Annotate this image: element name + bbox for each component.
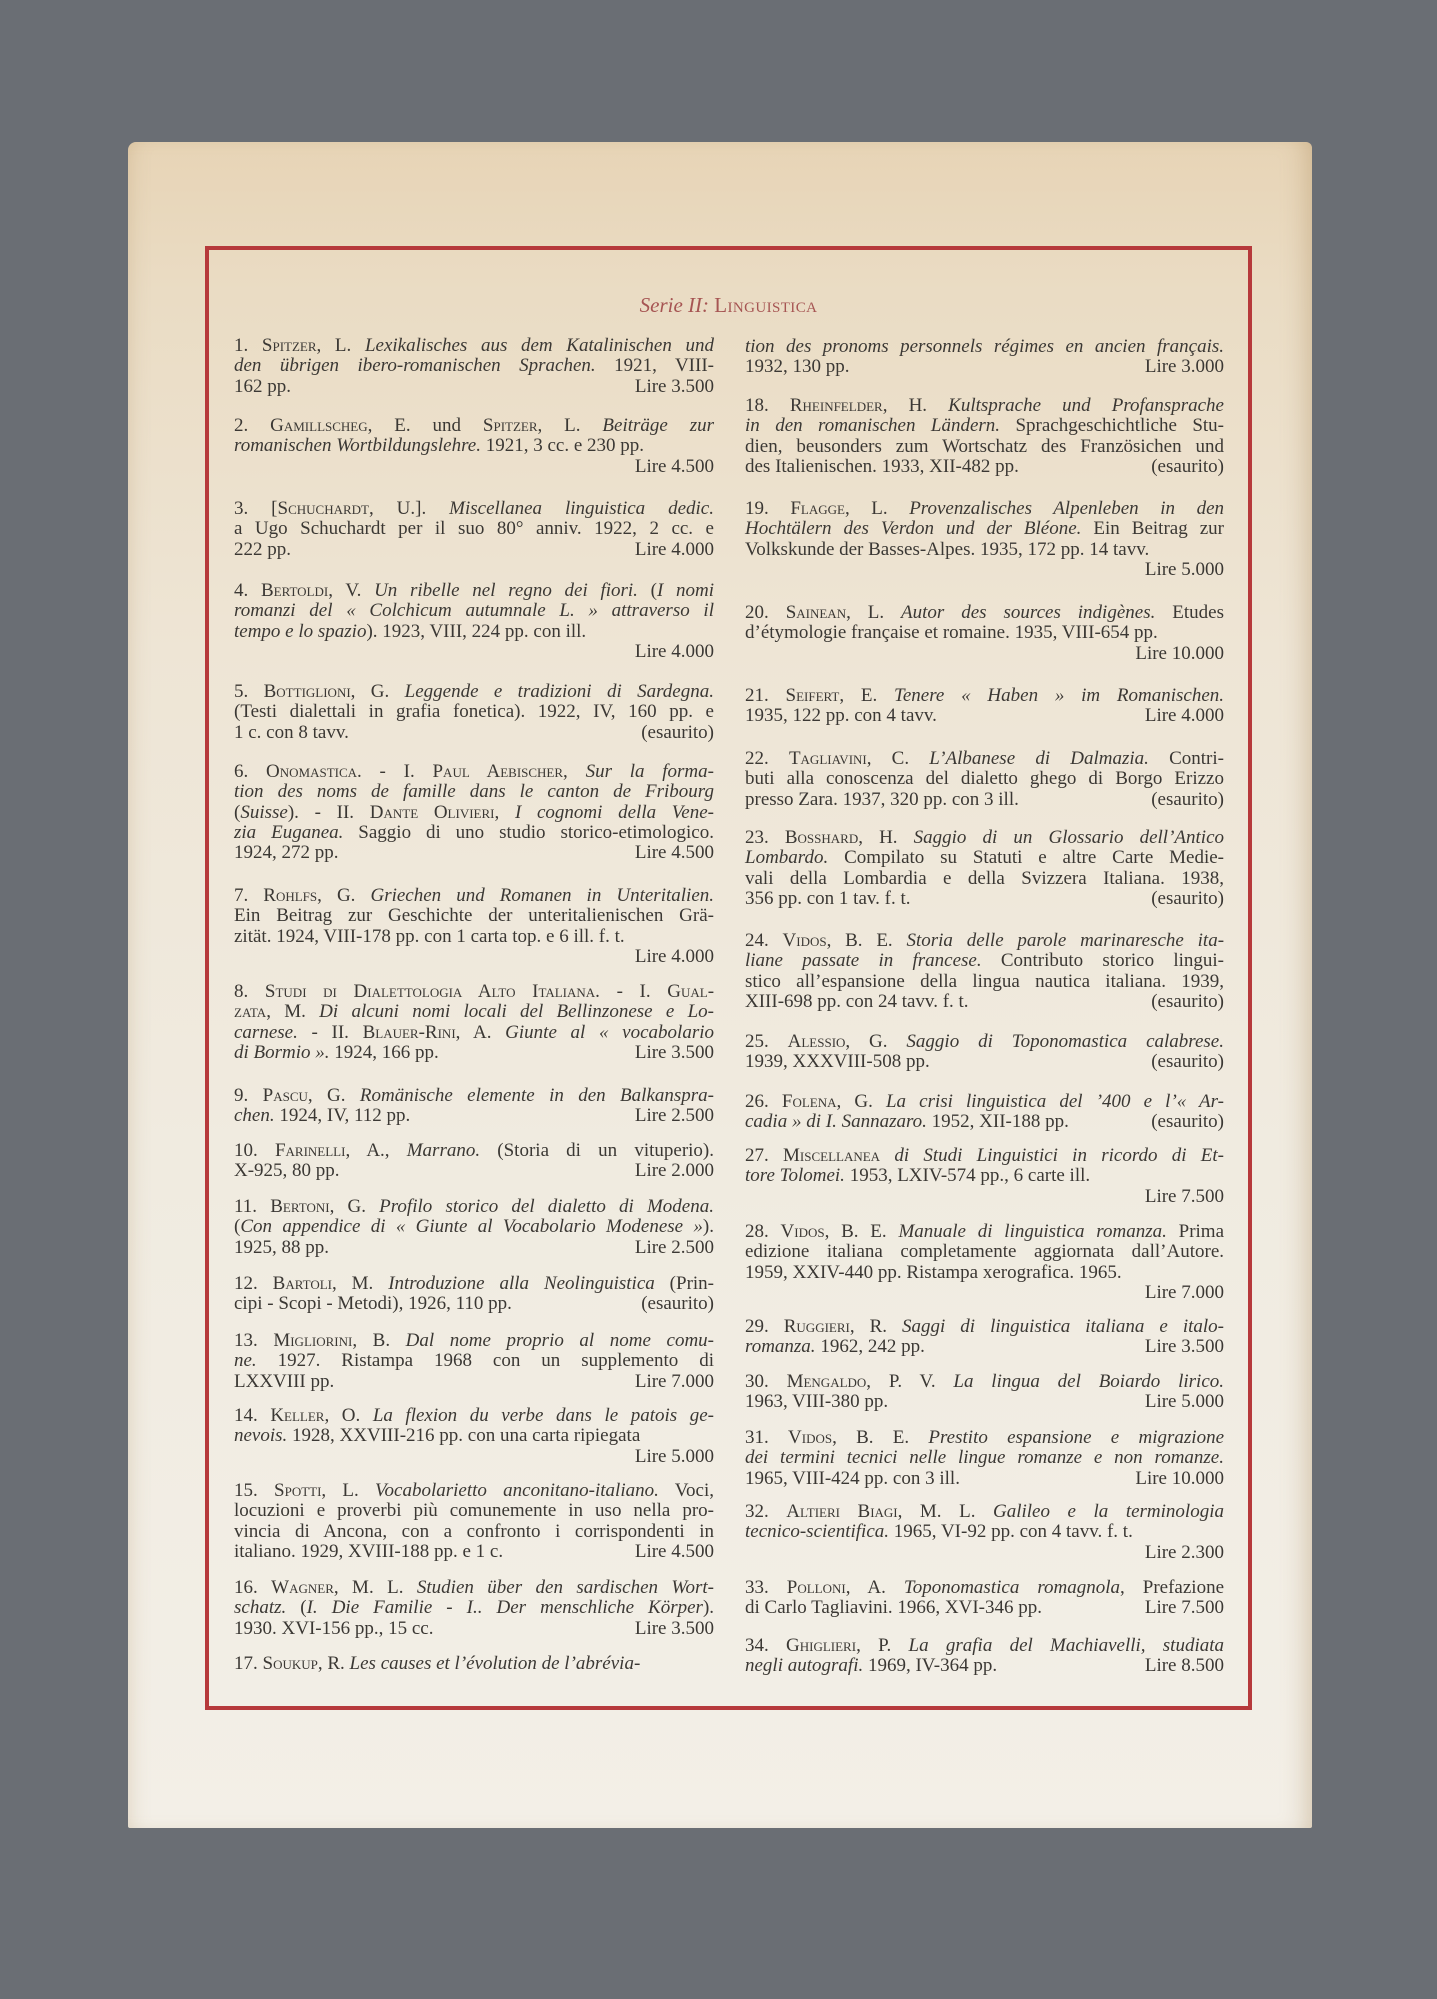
entry-line: edizione italiana completamente aggiorna… <box>745 1242 1224 1262</box>
entry-text-run: presso Zara. 1937, 320 pp. con 3 ill. <box>745 789 1019 810</box>
entry-text-run: a Ugo Schuchardt per il suo 80° anniv. 1… <box>234 518 714 539</box>
catalog-entry: 13. Migliorini, B. Dal nome proprio al n… <box>234 1331 714 1392</box>
entry-line: romanischen Wortbildungslehre. 1921, 3 c… <box>234 436 714 456</box>
entry-text-run: Polloni <box>787 1577 846 1598</box>
entry-text-run: Bottiglioni <box>264 681 351 702</box>
entry-text-run: Con appendice di « Giunte al Vocabolario… <box>240 1216 703 1237</box>
entry-text-run: , B. <box>352 1330 405 1351</box>
entry-text-run: vali della Lombardia e della Svizzera It… <box>745 868 1224 889</box>
entry-text-run: Migliorini <box>273 1330 352 1351</box>
entry-line: XIII-698 pp. con 24 tavv. f. t.(esaurito… <box>745 992 1224 1012</box>
entry-text-run: Gual- <box>667 981 714 1002</box>
entry-text-run: 6. <box>234 761 266 782</box>
entry-text-run: 17. <box>234 1653 263 1674</box>
entry-text-run: , M. L. <box>334 1577 417 1598</box>
entry-text-run: Spitzer <box>483 415 538 436</box>
entry-text-run: 3. [ <box>234 498 278 519</box>
entry-line: di Carlo Tagliavini. 1966, XVI-346 pp.Li… <box>745 1598 1224 1618</box>
entry-text-run: ( <box>638 580 657 601</box>
entry-text-run: 27. <box>745 1145 783 1166</box>
entry-text-run: Studi di Dialettologia Alto Italiana <box>265 981 595 1002</box>
entry-line: ne. 1927. Ristampa 1968 con un supplemen… <box>234 1351 714 1371</box>
entry-text-run: romanza. <box>745 1336 816 1357</box>
entry-text-run: ). <box>703 1597 714 1618</box>
entry-text-run: Vidos <box>788 1427 832 1448</box>
entry-price: Lire 7.000 <box>745 1283 1224 1303</box>
entry-line: zität. 1924, VIII-178 pp. con 1 carta to… <box>234 927 714 947</box>
entry-price: Lire 4.000 <box>234 947 714 967</box>
entry-line: 28. Vidos, B. E. Manuale di linguistica … <box>745 1222 1224 1242</box>
entry-text-run: 1928, XXVIII-216 pp. con una carta ripie… <box>287 1425 640 1446</box>
entry-text-run: Bosshard <box>785 827 858 848</box>
entry-price: Lire 7.000 <box>635 1372 714 1392</box>
entry-line: 1930. XVI-156 pp., 15 cc.Lire 3.500 <box>234 1619 714 1639</box>
entry-text-run: 19. <box>745 498 790 519</box>
entry-text-run: Alessio <box>788 1031 846 1052</box>
entry-text-run: tempo e lo spazio <box>234 621 366 642</box>
entry-line: italiano. 1929, XVIII-188 pp. e 1 c.Lire… <box>234 1542 714 1562</box>
entry-line: schatz. (I. Die Familie - I.. Der mensch… <box>234 1598 714 1618</box>
entry-line: d’étymologie française et romaine. 1935,… <box>745 623 1224 643</box>
entry-line: romanza. 1962, 242 pp.Lire 3.500 <box>745 1337 1224 1357</box>
entry-text-run: Sprachgeschichtliche Stu- <box>1000 415 1224 436</box>
entry-line: a Ugo Schuchardt per il suo 80° anniv. 1… <box>234 519 714 539</box>
entry-text-run: 4. <box>234 580 261 601</box>
entry-text-run: Folena <box>782 1091 837 1112</box>
entry-text-run: , M. <box>266 1001 319 1022</box>
entry-line: tion des pronoms personnels régimes en a… <box>745 337 1224 357</box>
entry-line: di Bormio ». 1924, 166 pp.Lire 3.500 <box>234 1043 714 1063</box>
catalog-entry: 6. Onomastica. - I. Paul Aebischer, Sur … <box>234 762 714 863</box>
catalog-entry: 16. Wagner, M. L. Studien über den sardi… <box>234 1578 714 1639</box>
entry-line: negli autografi. 1969, IV-364 pp.Lire 8.… <box>745 1656 1224 1676</box>
entry-text-run: , B. E. <box>827 930 907 951</box>
entry-text-run: 1962, 242 pp. <box>816 1336 925 1357</box>
entry-text: 1930. XVI-156 pp., 15 cc. <box>234 1619 433 1639</box>
entry-text-run: 11. <box>234 1196 270 1217</box>
entry-text-run: 34. <box>745 1635 786 1656</box>
entry-text-run: 1 c. con 8 tavv. <box>234 722 349 743</box>
entry-text-run: 23. <box>745 827 785 848</box>
entry-text-run: , Prefazione <box>1120 1577 1224 1598</box>
catalog-entry: 34. Ghiglieri, P. La grafia del Machiave… <box>745 1636 1224 1677</box>
entry-line: 1959, XXIV-440 pp. Ristampa xerografica.… <box>745 1263 1224 1283</box>
entry-price: Lire 4.500 <box>635 1542 714 1562</box>
entry-line: 7. Rohlfs, G. Griechen und Romanen in Un… <box>234 886 714 906</box>
entry-text-run: Lombardo. <box>745 847 828 868</box>
entry-text-run: Dante Olivieri <box>370 802 495 823</box>
entry-text-run: Dal nome proprio al nome comu- <box>406 1330 714 1351</box>
entry-text-run: , A. <box>456 1022 506 1043</box>
entry-price: Lire 4.000 <box>1145 706 1224 726</box>
entry-text-run: 1927. Ristampa 1968 con un supplemento d… <box>257 1350 714 1371</box>
entry-text-run: , E. <box>839 685 894 706</box>
entry-text-run: Prestito espansione e migrazione <box>928 1427 1224 1448</box>
entry-text-run: Tagliavini <box>789 748 867 769</box>
entry-text: 222 pp. <box>234 540 291 560</box>
entry-text-run: Saggio di un Glossario dell’Antico <box>914 827 1224 848</box>
entry-line: 1925, 88 pp.Lire 2.500 <box>234 1238 714 1258</box>
entry-price: (esaurito) <box>1151 889 1224 909</box>
entry-line: 9. Pascu, G. Romänische elemente in den … <box>234 1086 714 1106</box>
entry-text-run: 33. <box>745 1577 787 1598</box>
entry-text-run: Soukup <box>263 1653 318 1674</box>
entry-line: stico all’espansione della lingua nautic… <box>745 972 1224 992</box>
entry-text-run: Tenere « Haben » im Romanischen. <box>894 685 1224 706</box>
entry-text-run: italiano. 1929, XVIII-188 pp. e 1 c. <box>234 1541 503 1562</box>
entry-line: zia Euganea. Saggio di uno studio storic… <box>234 823 714 843</box>
entry-line: dei termini tecnici nelle lingue romanze… <box>745 1448 1224 1468</box>
entry-text-run: Suisse <box>240 802 288 823</box>
entry-line: vincia di Ancona, con a confronto i corr… <box>234 1522 714 1542</box>
entry-text-run: , G. <box>351 681 405 702</box>
entry-price: Lire 2.500 <box>635 1106 714 1126</box>
entry-text-run: 9. <box>234 1085 263 1106</box>
entry-text-run: Beiträge zur <box>602 415 714 436</box>
entry-text-run: Wagner <box>271 1577 334 1598</box>
entry-line: (Con appendice di « Giunte al Vocabolari… <box>234 1217 714 1237</box>
entry-line: 17. Soukup, R. Les causes et l’évolution… <box>234 1654 714 1674</box>
entry-text-run: (Storia di un vituperio). <box>480 1140 714 1161</box>
entry-text-run: Keller <box>270 1405 324 1426</box>
entry-price: Lire 4.000 <box>635 540 714 560</box>
entry-text-run: 15. <box>234 1480 274 1501</box>
entry-text-run: Pascu <box>263 1085 308 1106</box>
catalog-entry: 5. Bottiglioni, G. Leggende e tradizioni… <box>234 682 714 743</box>
entry-line: 22. Tagliavini, C. L’Albanese di Dalmazi… <box>745 749 1224 769</box>
entry-text-run: Ghiglieri <box>786 1635 856 1656</box>
entry-text-run: tion des noms de famille dans le canton … <box>234 781 714 802</box>
entry-line: vali della Lombardia e della Svizzera It… <box>745 869 1224 889</box>
entry-text-run: , R. <box>318 1653 350 1674</box>
entry-text-run: zität. 1924, VIII-178 pp. con 1 carta to… <box>234 926 625 947</box>
entry-text: di Carlo Tagliavini. 1966, XVI-346 pp. <box>745 1598 1042 1618</box>
entry-text: 1 c. con 8 tavv. <box>234 723 349 743</box>
entry-line: locuzioni e proverbi più comunemente in … <box>234 1501 714 1521</box>
entry-line: in den romanischen Ländern. Sprachgeschi… <box>745 416 1224 436</box>
entry-price: Lire 3.500 <box>635 1619 714 1639</box>
entry-price: (esaurito) <box>641 1294 714 1314</box>
entry-text-run: - II. <box>298 1022 363 1043</box>
entry-text-run: Un ribelle nel regno dei fiori. <box>374 580 638 601</box>
catalog-entry: tion des pronoms personnels régimes en a… <box>745 337 1224 378</box>
entry-text-run: Etudes <box>1155 602 1224 623</box>
entry-line: 21. Seifert, E. Tenere « Haben » im Roma… <box>745 686 1224 706</box>
entry-text-run: , G. <box>317 885 370 906</box>
entry-text-run: 1921, 3 cc. e 230 pp. <box>481 435 644 456</box>
entry-price: Lire 7.500 <box>1145 1598 1224 1618</box>
entry-text-run: Bertoldi <box>261 580 328 601</box>
entry-line: 2. Gamillscheg, E. und Spitzer, L. Beitr… <box>234 416 714 436</box>
entry-price: Lire 3.500 <box>635 1043 714 1063</box>
entry-text: 1939, XXXVIII-508 pp. <box>745 1052 930 1072</box>
entry-line: tion des noms de famille dans le canton … <box>234 782 714 802</box>
entry-text-run: Studien über den sardischen Wort- <box>417 1577 714 1598</box>
entry-text-run: Kultsprache und Profansprache <box>948 395 1224 416</box>
catalog-entry: 30. Mengaldo, P. V. La lingua del Boiard… <box>745 1372 1224 1413</box>
entry-text-run: I. Die Familie - I.. Der menschliche Kör… <box>307 1597 703 1618</box>
entry-line: 1924, 272 pp.Lire 4.500 <box>234 843 714 863</box>
entry-text: 1965, VIII-424 pp. con 3 ill. <box>745 1469 960 1489</box>
entry-text-run: , B. E. <box>825 1221 899 1242</box>
entry-line: 1963, VIII-380 pp.Lire 5.000 <box>745 1392 1224 1412</box>
entry-text-run: 162 pp. <box>234 376 291 397</box>
entry-line: 1. Spitzer, L. Lexikalisches aus dem Kat… <box>234 336 714 356</box>
entry-line: 12. Bartoli, M. Introduzione alla Neolin… <box>234 1274 714 1294</box>
entry-text-run: 1965, VIII-424 pp. con 3 ill. <box>745 1468 960 1489</box>
entry-text-run: , L. <box>538 415 603 436</box>
entry-text: 162 pp. <box>234 377 291 397</box>
entry-text-run: Ruggieri <box>784 1316 850 1337</box>
entry-text-run: Sur la forma- <box>586 761 714 782</box>
catalog-entry: 24. Vidos, B. E. Storia delle parole mar… <box>745 931 1224 1012</box>
entry-text-run: 1925, 88 pp. <box>234 1237 329 1258</box>
entry-text-run: schatz. <box>234 1597 286 1618</box>
entry-text-run: 31. <box>745 1427 788 1448</box>
entry-price: Lire 7.500 <box>745 1187 1224 1207</box>
entry-price: (esaurito) <box>641 723 714 743</box>
catalog-entry: 2. Gamillscheg, E. und Spitzer, L. Beitr… <box>234 416 714 477</box>
entry-line: presso Zara. 1937, 320 pp. con 3 ill.(es… <box>745 790 1224 810</box>
entry-text-run: Bertoni <box>270 1196 329 1217</box>
entry-text-run: zia Euganea. <box>234 822 343 843</box>
entry-line: Hochtälern des Verdon und der Bléone. Ei… <box>745 519 1224 539</box>
entry-text: di Bormio ». 1924, 166 pp. <box>234 1043 439 1063</box>
entry-text-run: 28. <box>745 1221 781 1242</box>
entry-text-run: 7. <box>234 885 263 906</box>
entry-line: 19. Flagge, L. Provenzalisches Alpenlebe… <box>745 499 1224 519</box>
entry-text-run: 20. <box>745 602 786 623</box>
entry-text: 1924, 272 pp. <box>234 843 339 863</box>
entry-text-run: La grafia del Machiavelli, studiata <box>909 1635 1224 1656</box>
entry-text: 1932, 130 pp. <box>745 357 850 377</box>
entry-text-run: zata <box>234 1001 266 1022</box>
entry-text-run: Farinelli <box>275 1140 346 1161</box>
entry-text-run: La lingua del Boiardo lirico. <box>953 1371 1224 1392</box>
entry-price: (esaurito) <box>1151 457 1224 477</box>
entry-text-run: Toponomastica romagnola <box>904 1577 1120 1598</box>
entry-line: 6. Onomastica. - I. Paul Aebischer, Sur … <box>234 762 714 782</box>
entry-text: LXXVIII pp. <box>234 1372 334 1392</box>
entry-text-run: Leggende e tradizioni di Sardegna. <box>405 681 714 702</box>
entry-text-run: 1953, LXIV-574 pp., 6 carte ill. <box>845 1165 1090 1186</box>
catalog-entry: 9. Pascu, G. Romänische elemente in den … <box>234 1086 714 1127</box>
entry-price: Lire 8.500 <box>1145 1656 1224 1676</box>
entry-text-run: ). 1923, VIII, 224 pp. con ill. <box>366 621 586 642</box>
entry-text-run: buti alla conoscenza del dialetto ghego … <box>745 768 1224 789</box>
entry-text-run: 1959, XXIV-440 pp. Ristampa xerografica.… <box>745 1262 1122 1283</box>
entry-line: 18. Rheinfelder, H. Kultsprache und Prof… <box>745 396 1224 416</box>
entry-text-run: X-925, 80 pp. <box>234 1160 340 1181</box>
entry-line: Volkskunde der Basses-Alpes. 1935, 172 p… <box>745 540 1224 560</box>
entry-text-run: La crisi linguistica del ’400 e l’« Ar- <box>886 1091 1224 1112</box>
entry-text-run: Vidos <box>783 930 827 951</box>
entry-text-run: Onomastica <box>266 761 357 782</box>
catalog-entry: 18. Rheinfelder, H. Kultsprache und Prof… <box>745 396 1224 477</box>
entry-text-run: edizione italiana completamente aggiorna… <box>745 1241 1224 1262</box>
entry-line: tore Tolomei. 1953, LXIV-574 pp., 6 cart… <box>745 1166 1224 1186</box>
catalog-entry: 33. Polloni, A. Toponomastica romagnola,… <box>745 1578 1224 1619</box>
entry-text-run: , V. <box>328 580 374 601</box>
entry-text: cadia » di I. Sannazaro. 1952, XII-188 p… <box>745 1112 1069 1132</box>
entry-text-run: La flexion du verbe dans le patois ge- <box>373 1405 714 1426</box>
entry-text-run: 1965, VI-92 pp. con 4 tavv. f. t. <box>889 1521 1133 1542</box>
entry-text-run: 1969, IV-364 pp. <box>863 1655 997 1676</box>
entry-text-run: 1. <box>234 335 262 356</box>
entry-text-run: (Testi dialettali in grafia fonetica). 1… <box>234 701 714 722</box>
entry-text-run: Sainean <box>786 602 846 623</box>
entry-text-run: (Prin- <box>655 1273 714 1294</box>
entry-text-run: , E. und <box>368 415 483 436</box>
entry-line: cadia » di I. Sannazaro. 1952, XII-188 p… <box>745 1112 1224 1132</box>
entry-price: (esaurito) <box>1151 790 1224 810</box>
entry-text-run: , L. <box>321 1480 375 1501</box>
catalog-entry: 1. Spitzer, L. Lexikalisches aus dem Kat… <box>234 336 714 397</box>
entry-text-run: ). - II. <box>288 802 370 823</box>
entry-text-run: 222 pp. <box>234 539 291 560</box>
entry-text-run: 10. <box>234 1140 275 1161</box>
entry-text-run: 24. <box>745 930 783 951</box>
catalog-entry: 3. [Schuchardt, U.]. Miscellanea linguis… <box>234 499 714 560</box>
entry-text-run: 1924, IV, 112 pp. <box>275 1105 411 1126</box>
entry-text-run: L’Albanese di Dalmazia. <box>929 748 1149 769</box>
entry-text-run: , G. <box>845 1031 906 1052</box>
entry-text-run: Ein Beitrag zur <box>1081 518 1224 539</box>
entry-text-run: 1924, 272 pp. <box>234 842 339 863</box>
entry-line: 34. Ghiglieri, P. La grafia del Machiave… <box>745 1636 1224 1656</box>
entry-text: 356 pp. con 1 tav. f. t. <box>745 889 911 909</box>
entry-line: 23. Bosshard, H. Saggio di un Glossario … <box>745 828 1224 848</box>
entry-line: 356 pp. con 1 tav. f. t.(esaurito) <box>745 889 1224 909</box>
entry-line: tempo e lo spazio). 1923, VIII, 224 pp. … <box>234 622 714 642</box>
entry-text-run: chen. <box>234 1105 275 1126</box>
entry-text-run: , M. <box>332 1273 388 1294</box>
entry-text-run: tore Tolomei. <box>745 1165 845 1186</box>
catalog-entry: 20. Sainean, L. Autor des sources indigè… <box>745 603 1224 664</box>
entry-text-run: Paul Aebischer <box>432 761 563 782</box>
entry-line: nevois. 1928, XXVIII-216 pp. con una car… <box>234 1426 714 1446</box>
entry-text-run: I cognomi della Vene- <box>515 802 714 823</box>
entry-price: Lire 2.500 <box>635 1238 714 1258</box>
entry-price: Lire 4.000 <box>234 642 714 662</box>
catalog-entry: 29. Ruggieri, R. Saggi di linguistica it… <box>745 1317 1224 1358</box>
entry-text-run: Profilo storico del dialetto di Modena. <box>379 1196 714 1217</box>
entry-text-run: 1963, VIII-380 pp. <box>745 1391 888 1412</box>
entry-text-run: Prima <box>1167 1221 1224 1242</box>
catalog-entry: 23. Bosshard, H. Saggio di un Glossario … <box>745 828 1224 909</box>
entry-text-run: , L. <box>845 498 909 519</box>
entry-line: Ein Beitrag zur Geschichte der unterital… <box>234 906 714 926</box>
entry-line: des Italienischen. 1933, XII-482 pp.(esa… <box>745 457 1224 477</box>
entry-text: 1963, VIII-380 pp. <box>745 1392 888 1412</box>
entry-text-run: cipi - Scopi - Metodi), 1926, 110 pp. <box>234 1293 512 1314</box>
entry-text-run: , R. <box>850 1316 902 1337</box>
entry-text-run: Les causes et l’évolution de l’abrévia- <box>350 1653 641 1674</box>
entry-text-run: liane passate in francese. <box>745 950 982 971</box>
entry-text: 1925, 88 pp. <box>234 1238 329 1258</box>
entry-line: romanzi del « Colchicum autumnale L. » a… <box>234 601 714 621</box>
entry-text-run: Gamillscheg <box>270 415 368 436</box>
entry-text-run: 5. <box>234 681 264 702</box>
entry-text: 1935, 122 pp. con 4 tavv. <box>745 706 937 726</box>
entry-price: Lire 2.000 <box>635 1161 714 1181</box>
catalog-entry: 19. Flagge, L. Provenzalisches Alpenlebe… <box>745 499 1224 580</box>
entry-text-run: Storia delle parole marinaresche ita- <box>906 930 1224 951</box>
entry-text-run: 1932, 130 pp. <box>745 356 850 377</box>
entry-text-run: 2. <box>234 415 270 436</box>
catalog-entry: 27. Miscellanea di Studi Linguistici in … <box>745 1146 1224 1207</box>
entry-text-run: Compilato su Statuti e altre Carte Medie… <box>828 847 1224 868</box>
entry-text-run: Introduzione alla Neolinguistica <box>388 1273 655 1294</box>
entry-text-run: Giunte al « vocabolario <box>505 1022 714 1043</box>
entry-line: den übrigen ibero-romanischen Sprachen. … <box>234 356 714 376</box>
catalog-entry: 25. Alessio, G. Saggio di Toponomastica … <box>745 1032 1224 1073</box>
entry-text-run: 30. <box>745 1371 787 1392</box>
entry-line: 20. Sainean, L. Autor des sources indigè… <box>745 603 1224 623</box>
entry-line: LXXVIII pp.Lire 7.000 <box>234 1372 714 1392</box>
entry-line: tecnico-scientifica. 1965, VI-92 pp. con… <box>745 1522 1224 1542</box>
entry-line: 1932, 130 pp.Lire 3.000 <box>745 357 1224 377</box>
entry-text-run: Vocabolarietto anconitano-italiano. <box>375 1480 659 1501</box>
entry-text-run: , G. <box>308 1085 360 1106</box>
entry-text-run: 1921, VIII- <box>596 355 714 376</box>
entry-text-run: Altieri Biagi <box>786 1501 897 1522</box>
entry-line: 31. Vidos, B. E. Prestito espansione e m… <box>745 1428 1224 1448</box>
entry-text-run: , P. <box>856 1635 908 1656</box>
entry-line: 29. Ruggieri, R. Saggi di linguistica it… <box>745 1317 1224 1337</box>
entry-line: carnese. - II. Blauer-Rini, A. Giunte al… <box>234 1023 714 1043</box>
entry-text-run: 29. <box>745 1316 784 1337</box>
entry-price: Lire 4.500 <box>234 457 714 477</box>
entry-text-run: , C. <box>867 748 930 769</box>
entry-text-run: 1924, 166 pp. <box>330 1042 439 1063</box>
entry-line: dien, beusonders zum Wortschatz des Fran… <box>745 437 1224 457</box>
entry-line: 33. Polloni, A. Toponomastica romagnola,… <box>745 1578 1224 1598</box>
entry-line: 16. Wagner, M. L. Studien über den sardi… <box>234 1578 714 1598</box>
entry-text-run: Manuale di linguistica romanza. <box>898 1221 1166 1242</box>
entry-text-run: 1935, 122 pp. con 4 tavv. <box>745 705 937 726</box>
entry-text-run: 32. <box>745 1501 786 1522</box>
entry-text-run: . - I. <box>595 981 667 1002</box>
entry-text-run: , O. <box>324 1405 372 1426</box>
entry-text-run: 16. <box>234 1577 271 1598</box>
entry-text-run: 356 pp. con 1 tav. f. t. <box>745 888 911 909</box>
entry-text-run: Saggio di uno studio storico-etimologico… <box>343 822 714 843</box>
entry-text-run: 14. <box>234 1405 270 1426</box>
entry-text-run: Autor des sources indigènes. <box>901 602 1155 623</box>
entry-text-run <box>880 1145 894 1166</box>
entry-text-run: Rheinfelder <box>790 395 883 416</box>
entry-line: cipi - Scopi - Metodi), 1926, 110 pp.(es… <box>234 1294 714 1314</box>
catalog-entry: 21. Seifert, E. Tenere « Haben » im Roma… <box>745 686 1224 727</box>
entry-text-run: Galileo e la terminologia <box>993 1501 1224 1522</box>
entry-text-run: 1939, XXXVIII-508 pp. <box>745 1051 930 1072</box>
entry-text-run: Saggio di Toponomastica calabrese. <box>906 1031 1224 1052</box>
entry-text-run: dien, beusonders zum Wortschatz des Fran… <box>745 436 1224 457</box>
entry-text: cipi - Scopi - Metodi), 1926, 110 pp. <box>234 1294 512 1314</box>
entry-price: Lire 3.000 <box>1145 357 1224 377</box>
entry-text-run: stico all’espansione della lingua nautic… <box>745 971 1224 992</box>
catalog-entry: 15. Spotti, L. Vocabolarietto anconitano… <box>234 1481 714 1562</box>
entry-text-run: Vidos <box>781 1221 825 1242</box>
entry-price: Lire 3.500 <box>635 377 714 397</box>
entry-line: 222 pp.Lire 4.000 <box>234 540 714 560</box>
entry-text-run: XIII-698 pp. con 24 tavv. f. t. <box>745 991 969 1012</box>
catalog-entry: 7. Rohlfs, G. Griechen und Romanen in Un… <box>234 886 714 967</box>
entry-text-run: Blauer-Rini <box>363 1022 456 1043</box>
entry-text-run: Contributo storico lingui- <box>982 950 1224 971</box>
entry-text-run: Di alcuni nomi locali del Bellinzonese e… <box>319 1001 714 1022</box>
